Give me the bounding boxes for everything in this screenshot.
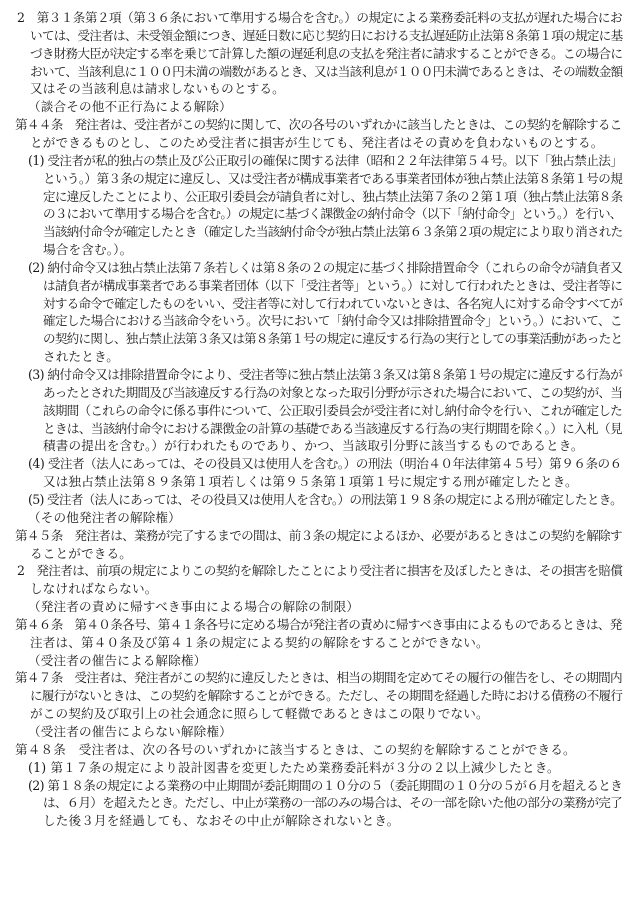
text-line: 注者は、第４０条及び第４１条の規定による契約の解除をすることができない。 xyxy=(30,634,489,652)
text-line: 2 発注者は、前項の規定によりこの契約を解除したことにより受注者に損害を及ぼした… xyxy=(17,562,622,580)
text-line: という。）第３条の規定に違反し、又は受注者が構成事業者である事業者団体が独占禁止… xyxy=(43,170,622,188)
text-line: (2) 納付命令又は独占禁止法第７条若しくは第８条の２の規定に基づく排除措置命令… xyxy=(28,259,622,277)
text-line: あったとされた期間及び当該違反する行為の対象となった取引分野が示された場合におい… xyxy=(43,384,622,402)
document-page: 2 第３１条第２項（第３６条において準用する場合を含む。）の規定による業務委託料… xyxy=(0,0,630,903)
text-line: 対する命令で確定したものをいい、受注者等に対して行われていないときは、各名宛人に… xyxy=(43,295,622,313)
text-line: （談合その他不正行為による解除） xyxy=(28,98,232,116)
text-line: の３において準用する場合を含む。）の規定に基づく課徴金の納付命令（以下「納付命令… xyxy=(43,205,622,223)
text-line: ときは、当該納付命令における課徴金の計算の基礎である当該違反する行為の実行期間を… xyxy=(43,420,622,438)
text-line: （その他発注者の解除権） xyxy=(28,509,181,527)
text-line: (5) 受注者（法人にあっては、その役員又は使用人を含む。）の刑法第１９８条の規… xyxy=(28,491,622,509)
text-line: おいて、当該利息に１００円未満の端数があるとき、又は当該利息が１００円未満である… xyxy=(30,63,622,81)
text-line: （受注者の催告による解除権） xyxy=(28,652,206,670)
text-line: は、６月）を超えたとき。ただし、中止が業務の一部のみの場合は、その一部を除いた他… xyxy=(43,794,622,812)
text-line: とができるものとし、このため受注者に損害が生じても、発注者はその責めを負わないも… xyxy=(30,134,603,152)
text-line: 確定した場合における当該命令をいう。次号において「納付命令又は排除措置命令」とい… xyxy=(43,312,622,330)
text-line: （受注者の催告によらない解除権） xyxy=(28,723,232,741)
text-line: 当該納付命令が確定したとき（確定した当該納付命令が独占禁止法第６３条第２項の規定… xyxy=(43,223,622,241)
text-line: づき財務大臣が決定する率を乗じて計算した額の遅延利息の支払を発注者に請求すること… xyxy=(30,45,622,63)
text-line: しなければならない。 xyxy=(30,580,157,598)
text-line: の契約に関し、独占禁止法第３条又は第８条第１号の規定に違反する行為の実行としての… xyxy=(43,330,622,348)
text-line: ることができる。 xyxy=(30,545,132,563)
text-line: （発注者の責めに帰すべき事由による場合の解除の制限） xyxy=(28,598,359,616)
text-line: (3) 納付命令又は排除措置命令により、受注者等に独占禁止法第３条又は第８条第１… xyxy=(28,366,622,384)
text-line: 第４５条 発注者は、業務が完了するまでの間は、前３条の規定によるほか、必要がある… xyxy=(15,527,622,545)
text-line: した後３月を経過しても、なおその中止が解除されないとき。 xyxy=(43,812,399,830)
text-line: されたとき。 xyxy=(43,348,119,366)
text-line: 又は独占禁止法第８９条第１項若しくは第９５条第１項第１号に規定する刑が確定したと… xyxy=(43,473,578,491)
text-line: 2 第３１条第２項（第３６条において準用する場合を含む。）の規定による業務委託料… xyxy=(17,9,622,27)
text-line: いては、受注者は、未受領金額につき、遅延日数に応じ契約日における支払遅延防止法第… xyxy=(30,27,622,45)
text-line: 定に違反したことにより、公正取引委員会が請負者に対し、独占禁止法第７条の２第１項… xyxy=(43,188,622,206)
text-line: に履行がないときは、この契約を解除することができる。ただし、その期間を経過した時… xyxy=(30,687,622,705)
text-line: (1) 受注者が私的独占の禁止及び公正取引の確保に関する法律（昭和２２年法律第５… xyxy=(28,152,622,170)
text-line: (1) 第１７条の規定により設計図書を変更したため業務委託料が３分の２以上減少し… xyxy=(28,759,560,777)
text-line: 又はその当該利息は請求しないものとする。 xyxy=(30,80,285,98)
text-line: 第４４条 発注者は、受注者がこの契約に関して、次の各号のいずれかに該当したときは… xyxy=(15,116,622,134)
text-line: 第４６条 第４０条各号、第４１条各号に定める場合が発注者の責めに帰すべき事由によ… xyxy=(15,616,622,634)
text-line: (4) 受注者（法人にあっては、その役員又は使用人を含む。）の刑法（明治４０年法… xyxy=(28,455,622,473)
text-line: 該期間（これらの命令に係る事件について、公正取引委員会が受注者に対し納付命令を行… xyxy=(43,402,622,420)
text-line: 場合を含む。）。 xyxy=(43,241,132,259)
text-line: (2) 第１８条の規定による業務の中止期間が委託期間の１０分の５（委託期間の１０… xyxy=(28,777,622,795)
text-line: は請負者が構成事業者である事業者団体（以下「受注者等」という。）に対して行われた… xyxy=(43,277,622,295)
text-line: 積書の提出を含む。）が行われたものであり、かつ、当該取引分野に該当するものである… xyxy=(43,437,584,455)
text-line: 第４８条 受注者は、次の各号のいずれかに該当するときは、この契約を解除することが… xyxy=(15,741,576,759)
text-line: がこの契約及び取引上の社会通念に照らして軽微であるときはこの限りでない。 xyxy=(30,705,489,723)
text-line: 第４７条 受注者は、発注者がこの契約に違反したときは、相当の期間を定めてその履行… xyxy=(15,669,622,687)
